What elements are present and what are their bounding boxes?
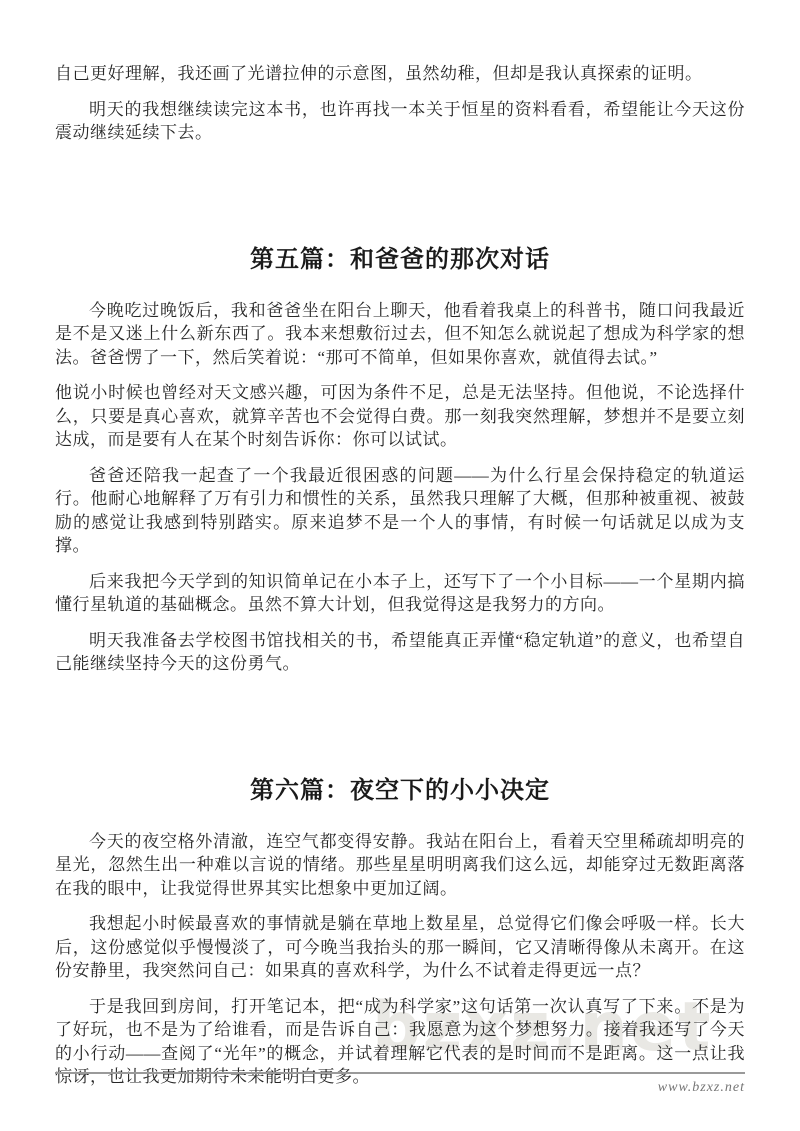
body-paragraph: 爸爸还陪我一起查了一个我最近很困惑的问题——为什么行星会保持稳定的轨道运行。他耐… bbox=[55, 464, 745, 558]
document-content: 自己更好理解，我还画了光谱拉伸的示意图，虽然幼稚，但却是我认真探索的证明。 明天… bbox=[55, 62, 745, 1101]
body-paragraph: 明天的我想继续读完这本书，也许再找一本关于恒星的资料看看，希望能让今天这份震动继… bbox=[55, 98, 745, 145]
footer-divider bbox=[55, 1072, 745, 1074]
chapter-heading-6: 第六篇：夜空下的小小决定 bbox=[55, 776, 745, 806]
body-paragraph: 今天的夜空格外清澈，连空气都变得安静。我站在阳台上，看着天空里稀疏却明亮的星光，… bbox=[55, 830, 745, 901]
body-paragraph: 今晚吃过晚饭后，我和爸爸坐在阳台上聊天，他看着我桌上的科普书，随口问我最近是不是… bbox=[55, 299, 745, 370]
chapter-heading-5: 第五篇：和爸爸的那次对话 bbox=[55, 245, 745, 275]
document-page: bzxz.net 自己更好理解，我还画了光谱拉伸的示意图，虽然幼稚，但却是我认真… bbox=[0, 0, 800, 1131]
body-paragraph: 于是我回到房间，打开笔记本，把“成为科学家”这句话第一次认真写了下来。不是为了好… bbox=[55, 995, 745, 1089]
body-paragraph: 我想起小时候最喜欢的事情就是躺在草地上数星星，总觉得它们像会呼吸一样。长大后，这… bbox=[55, 912, 745, 983]
body-paragraph: 明天我准备去学校图书馆找相关的书，希望能真正弄懂“稳定轨道”的意义，也希望自己能… bbox=[55, 629, 745, 676]
body-paragraph: 他说小时候也曾经对天文感兴趣，可因为条件不足，总是无法坚持。但他说，不论选择什么… bbox=[55, 381, 745, 452]
body-paragraph: 自己更好理解，我还画了光谱拉伸的示意图，虽然幼稚，但却是我认真探索的证明。 bbox=[55, 62, 745, 86]
body-paragraph: 后来我把今天学到的知识简单记在小本子上，还写下了一个小目标——一个星期内搞懂行星… bbox=[55, 570, 745, 617]
footer-site-url: www.bzxz.net bbox=[658, 1080, 745, 1096]
